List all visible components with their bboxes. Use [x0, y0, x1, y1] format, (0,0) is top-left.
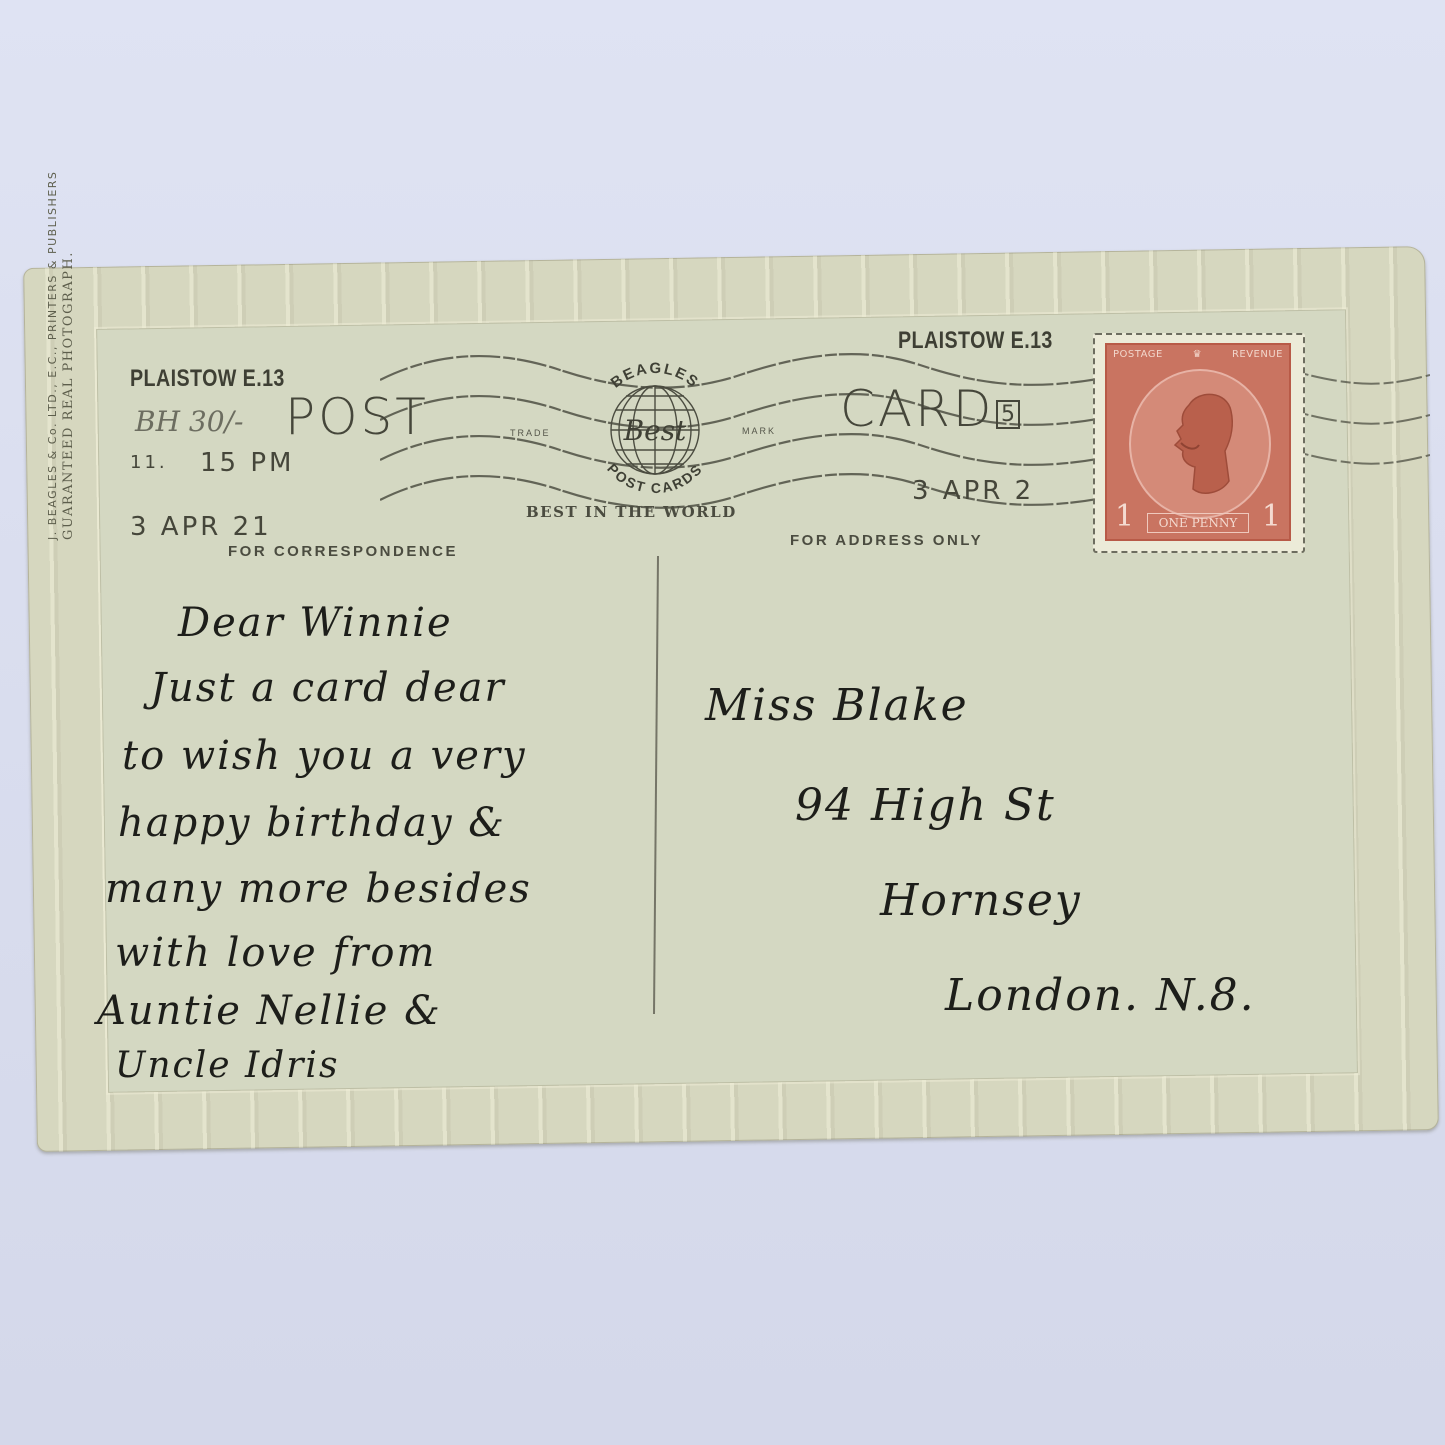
- crown-icon: ♛: [1193, 349, 1202, 360]
- logo-slogan: BEST IN THE WORLD: [526, 503, 737, 521]
- stamp-portrait-oval: [1129, 369, 1271, 519]
- stamp-denomination: ONE PENNY: [1147, 513, 1249, 533]
- king-profile-icon: [1169, 385, 1237, 505]
- message-line: Dear Winnie: [178, 600, 453, 646]
- logo-trade: TRADE: [510, 428, 551, 438]
- message-line: with love from: [115, 930, 436, 976]
- stamp-value-left: 1: [1115, 499, 1134, 534]
- stamp-top-labels: POSTAGE ♛ REVENUE: [1113, 349, 1283, 360]
- header-card: CARD: [840, 380, 994, 438]
- message-line: happy birthday &: [118, 800, 506, 846]
- guarantee-line: GUARANTEED REAL PHOTOGRAPH.: [61, 171, 76, 540]
- postage-stamp: POSTAGE ♛ REVENUE 1 ONE PENNY 1: [1093, 333, 1305, 553]
- message-line: to wish you a very: [122, 733, 527, 779]
- publisher-imprint: J. BEAGLES & Co. LTD., E.C., PRINTERS & …: [46, 171, 76, 540]
- header-post: POST: [285, 388, 429, 446]
- message-line: Uncle Idris: [115, 1045, 339, 1086]
- stamp-face: POSTAGE ♛ REVENUE 1 ONE PENNY 1: [1105, 343, 1291, 541]
- postmark-left-town: PLAISTOW E.13: [130, 365, 285, 393]
- logo-center: Best: [623, 414, 688, 447]
- message-line: Just a card dear: [150, 665, 506, 711]
- postmark-right-date: 3 APR 2: [912, 476, 1034, 506]
- logo-mark: MARK: [742, 426, 776, 436]
- message-line: many more besides: [105, 866, 532, 912]
- postmark-left-time: 15 PM: [200, 448, 294, 478]
- label-address: FOR ADDRESS ONLY: [790, 532, 983, 549]
- postmark-left-prefix: 11.: [130, 452, 168, 473]
- stamp-revenue-label: REVENUE: [1232, 349, 1283, 360]
- address-line: 94 High St: [795, 780, 1056, 831]
- address-line: Hornsey: [880, 875, 1082, 926]
- stamp-postage-label: POSTAGE: [1113, 349, 1163, 360]
- label-correspondence: FOR CORRESPONDENCE: [228, 543, 458, 560]
- postmark-right-town: PLAISTOW E.13: [898, 327, 1053, 355]
- address-line: Miss Blake: [705, 680, 969, 731]
- stamp-value-right: 1: [1262, 499, 1281, 534]
- pencil-note: BH 30/-: [135, 405, 243, 438]
- message-line: Auntie Nellie &: [97, 988, 442, 1034]
- cancellation-wavy-lines: [380, 340, 1140, 540]
- postmark-left-date: 3 APR 21: [130, 512, 272, 542]
- publisher-line: J. BEAGLES & Co. LTD., E.C., PRINTERS & …: [46, 171, 59, 540]
- address-line: London. N.8.: [945, 970, 1256, 1021]
- postmark-right-code: 5: [996, 400, 1020, 429]
- beagles-globe-logo: BEAGLES POST CARDS Best: [580, 352, 730, 502]
